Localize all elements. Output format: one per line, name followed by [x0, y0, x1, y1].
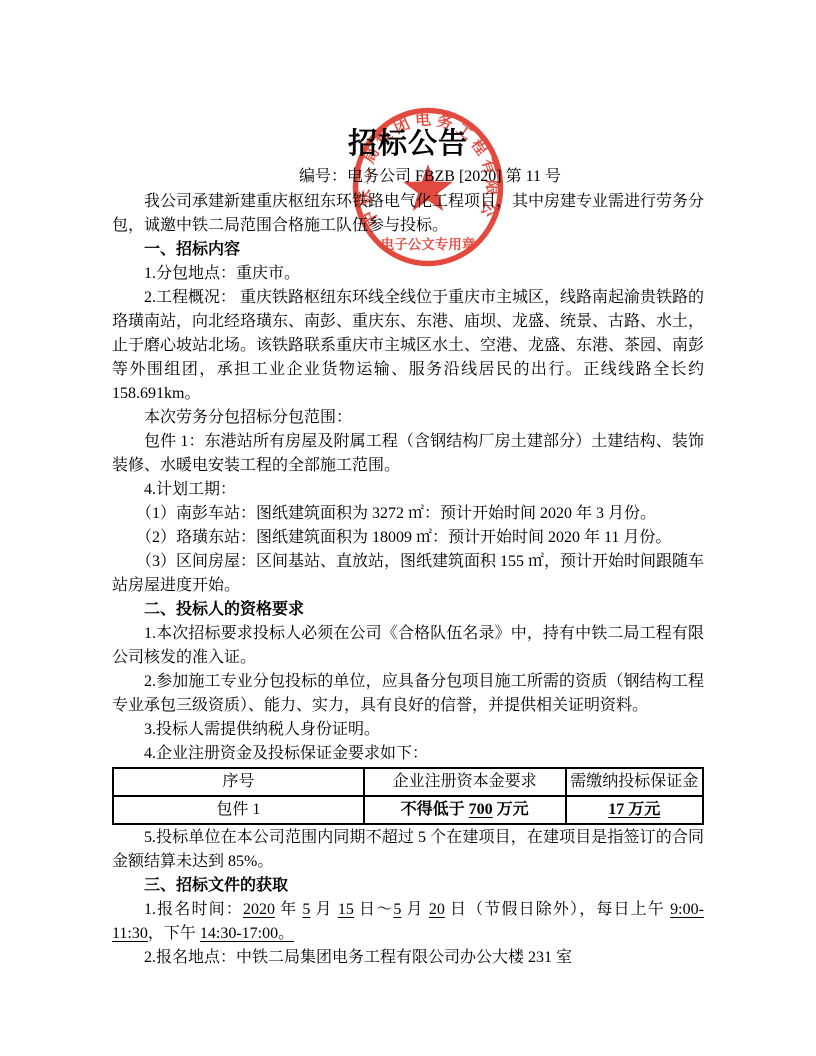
section1-plan3: （3）区间房屋：区间基站、直放站，图纸建筑面积 155 ㎡，预计开始时间跟随车站…	[112, 550, 704, 598]
time-sep4: 月	[401, 901, 428, 918]
time-sep3: 日～	[354, 901, 393, 918]
section1-item1: 1.分包地点：重庆市。	[112, 262, 704, 286]
time-sep5: 日（节假日除外），每日上午	[445, 901, 670, 918]
section1-item4: 4.计划工期：	[112, 478, 704, 502]
section1-package1: 包件 1：东港站所有房屋及附属工程（含钢结构厂房土建部分）土建结构、装饰装修、水…	[112, 430, 704, 478]
header-seq: 序号	[113, 768, 364, 796]
section2-item1: 1.本次招标要求投标人必须在公司《合格队伍名录》中，持有中铁二局工程有限公司核发…	[112, 622, 704, 670]
time-year: 2020	[243, 901, 275, 918]
section2-item4: 4.企业注册资金及投标保证金要求如下：	[112, 742, 704, 766]
time-day1: 15	[338, 901, 354, 918]
section1-plan2: （2）珞璜东站：图纸建筑面积为 18009 ㎡：预计开始时间 2020 年 11…	[112, 526, 704, 550]
time-label: 1.报名时间：	[144, 901, 243, 918]
time-sep2: 月	[310, 901, 337, 918]
time-day2: 20	[429, 901, 445, 918]
section2-heading: 二、投标人的资格要求	[112, 598, 704, 622]
time-afternoon: 14:30-17:00。	[200, 925, 294, 942]
section2-item5: 5.投标单位在本公司范围内同期不超过 5 个在建项目，在建项目是指签订的合同金额…	[112, 826, 704, 874]
header-capital: 企业注册资本金要求	[364, 768, 566, 796]
capital-prefix: 不得低于	[401, 801, 469, 818]
guarantee-table: 序号 企业注册资本金要求 需缴纳投标保证金 包件 1 不得低于 700 万元 1…	[112, 767, 704, 825]
cell-capital: 不得低于 700 万元	[364, 796, 566, 824]
capital-value: 700	[469, 801, 493, 818]
intro-paragraph: 我公司承建新建重庆枢纽东环铁路电气化工程项目，其中房建专业需进行劳务分包，诚邀中…	[112, 190, 704, 238]
section2-item3: 3.投标人需提供纳税人身份证明。	[112, 718, 704, 742]
deposit-value: 17 万元	[608, 801, 660, 818]
section2-item2: 2.参加施工专业分包投标的单位，应具备分包项目施工所需的资质（钢结构工程专业承包…	[112, 670, 704, 718]
time-sep6: ，下午	[148, 925, 200, 942]
section1-plan1: （1）南彭车站：图纸建筑面积为 3272 ㎡：预计开始时间 2020 年 3 月…	[112, 502, 704, 526]
table-row: 包件 1 不得低于 700 万元 17 万元	[113, 796, 703, 824]
table-header-row: 序号 企业注册资本金要求 需缴纳投标保证金	[113, 768, 703, 796]
capital-suffix: 万元	[493, 801, 529, 818]
section3-time: 1.报名时间：2020 年 5 月 15 日～5 月 20 日（节假日除外），每…	[112, 898, 704, 946]
section1-scope-intro: 本次劳务分包招标分包范围：	[112, 406, 704, 430]
section3-heading: 三、招标文件的获取	[112, 874, 704, 898]
cell-deposit: 17 万元	[566, 796, 704, 824]
header-deposit: 需缴纳投标保证金	[566, 768, 704, 796]
cell-package: 包件 1	[113, 796, 364, 824]
tender-announcement-page: 招标公告 编号：电务公司 FBZB [2020] 第 11 号 我公司承建新建重…	[0, 0, 816, 1056]
section3-item2: 2.报名地点：中铁二局集团电务工程有限公司办公大楼 231 室	[112, 946, 704, 970]
section1-heading: 一、招标内容	[112, 238, 704, 262]
section1-item2: 2.工程概况： 重庆铁路枢纽东环线全线位于重庆市主城区，线路南起渝贵铁路的珞璜南…	[112, 286, 704, 406]
time-sep1: 年	[275, 901, 302, 918]
document-number: 编号：电务公司 FBZB [2020] 第 11 号	[112, 164, 704, 190]
page-title: 招标公告	[112, 124, 704, 164]
